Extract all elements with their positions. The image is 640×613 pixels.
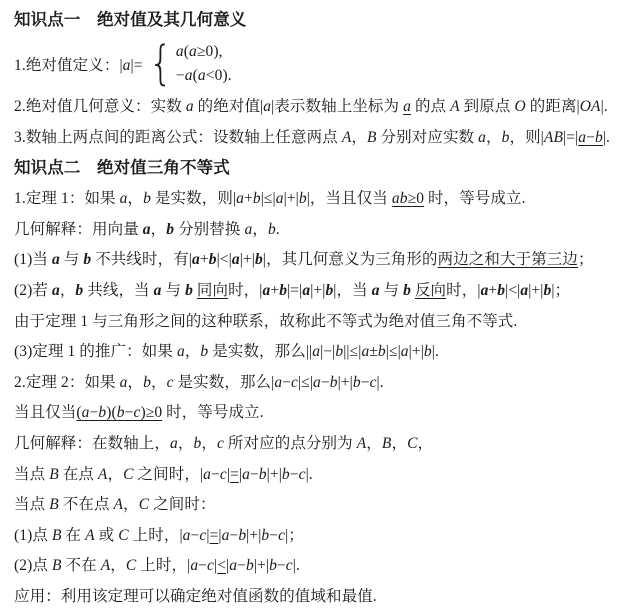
- doc-line-b-on-a-or-c: (1)点 B 在 A 或 C 上时，|a−c|=|a−b|+|b−c|；: [14, 521, 630, 552]
- text-segment: A: [98, 466, 108, 483]
- text-segment: ab: [392, 190, 408, 207]
- text-segment: −: [586, 129, 595, 146]
- text-segment: a: [82, 404, 90, 421]
- text-segment: a: [232, 251, 240, 268]
- text-segment: −: [282, 374, 291, 391]
- text-segment: |.: [377, 374, 384, 391]
- text-segment: 1.定理 1：如果: [14, 190, 120, 207]
- text-segment: |≤|: [298, 374, 313, 391]
- text-segment: −: [229, 527, 238, 544]
- text-segment: |，当: [333, 282, 371, 299]
- text-segment: B: [367, 129, 377, 146]
- text-segment: b: [353, 374, 361, 391]
- text-segment: 到原点: [460, 98, 515, 115]
- text-segment: |+|: [409, 343, 424, 360]
- text-segment: c: [291, 374, 298, 391]
- text-segment: 时，|: [446, 282, 480, 299]
- text-segment: |，其几何意义为三角形的: [263, 251, 438, 268]
- text-segment: ，: [418, 435, 434, 452]
- text-segment: .: [606, 129, 610, 146]
- text-segment: ||≤|: [343, 343, 361, 360]
- text-segment: −: [250, 466, 259, 483]
- text-segment: |.: [293, 557, 300, 574]
- text-segment: A: [114, 496, 124, 513]
- text-segment: |+|: [338, 374, 353, 391]
- text-segment: +: [270, 282, 279, 299]
- text-segment: b: [269, 557, 277, 574]
- text-segment: <: [217, 557, 226, 574]
- text-segment: 时，等号成立.: [424, 190, 526, 207]
- text-segment: |+|: [240, 251, 255, 268]
- doc-line-equality-condition: 当且仅当(a−b)(b−c)≥0 时，等号成立.: [14, 398, 630, 429]
- text-segment: a: [186, 98, 194, 115]
- text-segment: 不在: [62, 557, 101, 574]
- text-segment: 上时，|: [129, 527, 183, 544]
- text-segment: −: [277, 557, 286, 574]
- text-segment: |−|: [320, 343, 335, 360]
- text-segment: +: [488, 282, 497, 299]
- doc-line-case-noncollinear: (1)当 a 与 b 不共线时，有|a+b|<|a|+|b|，其几何意义为三角形…: [14, 245, 630, 276]
- text-segment: c: [207, 557, 214, 574]
- text-segment: b: [279, 282, 287, 299]
- text-segment: b: [166, 221, 174, 238]
- doc-line-triangle-inequality-name: 由于定理 1 与三角形之间的这种联系，故称此不等式为绝对值三角不等式.: [14, 307, 630, 338]
- text-segment: 时，等号成立.: [162, 404, 264, 421]
- text-segment: (1)点: [14, 527, 52, 544]
- text-segment: ，: [486, 129, 502, 146]
- text-segment: ，: [366, 435, 382, 452]
- text-segment: ；: [578, 251, 594, 268]
- text-segment: b: [595, 129, 603, 146]
- text-segment: b: [299, 190, 307, 207]
- text-segment: 由于定理 1 与三角形之间的这种联系，故称此不等式为绝对值三角不等式.: [14, 313, 517, 330]
- doc-line-geometric-explain-1: 几何解释：用向量 a，b 分别替换 a，b.: [14, 215, 630, 246]
- text-segment: AB: [544, 129, 563, 146]
- text-segment: a: [120, 190, 128, 207]
- text-segment: |+|: [254, 557, 269, 574]
- text-segment: 是实数，则|: [151, 190, 236, 207]
- text-segment: a: [192, 251, 200, 268]
- text-segment: a: [176, 43, 184, 60]
- text-segment: C: [139, 496, 149, 513]
- text-segment: |+|: [528, 282, 543, 299]
- text-segment: ，: [151, 374, 167, 391]
- text-segment: ，: [351, 129, 367, 146]
- text-segment: B: [52, 527, 62, 544]
- text-segment: <0).: [206, 67, 232, 84]
- text-segment: a: [52, 282, 60, 299]
- document-body: 知识点一 绝对值及其几何意义 1.绝对值定义：|a|={a(a≥0),−a(a<…: [0, 0, 640, 613]
- text-segment: ，: [178, 435, 194, 452]
- text-segment: −: [198, 557, 207, 574]
- text-segment: c: [286, 557, 293, 574]
- text-segment: |+|: [246, 527, 261, 544]
- text-segment: ，: [60, 282, 76, 299]
- text-segment: A: [101, 557, 111, 574]
- text-segment: 不在点: [59, 496, 114, 513]
- text-segment: a: [263, 98, 271, 115]
- text-segment: =: [230, 466, 239, 483]
- text-segment: 知识点一 绝对值及其几何意义: [14, 11, 246, 29]
- text-segment: 与: [162, 282, 186, 299]
- text-segment: 1.绝对值定义：: [14, 57, 119, 74]
- text-segment: A: [450, 98, 460, 115]
- text-segment: +: [244, 190, 253, 207]
- text-segment: 反向: [415, 282, 446, 299]
- text-segment: a: [403, 98, 411, 115]
- text-segment: −: [361, 374, 370, 391]
- text-segment: ，: [185, 343, 201, 360]
- text-segment: ，: [201, 435, 217, 452]
- text-segment: a: [189, 43, 197, 60]
- text-segment: 所对应的点分别为: [224, 435, 357, 452]
- text-segment: c: [217, 435, 224, 452]
- heading-knowledge-point-1: 知识点一 绝对值及其几何意义: [14, 5, 630, 36]
- text-segment: b: [117, 404, 125, 421]
- text-segment: −: [237, 557, 246, 574]
- text-segment: OA: [580, 98, 601, 115]
- doc-line-theorem-1: 1.定理 1：如果 a，b 是实数，则|a+b|≤|a|+|b|，当且仅当 ab…: [14, 184, 630, 215]
- text-segment: 之间时：: [149, 496, 215, 513]
- text-segment: |+|: [284, 190, 299, 207]
- text-segment: 两边之和大于第三边: [438, 251, 578, 268]
- text-segment: 是实数，那么||: [208, 343, 312, 360]
- text-segment: a: [198, 67, 206, 84]
- text-segment: ，: [252, 221, 268, 238]
- text-segment: b: [238, 527, 246, 544]
- text-segment: |表示数轴上坐标为: [271, 98, 403, 115]
- text-segment: b: [246, 557, 254, 574]
- text-segment: |<|: [217, 251, 232, 268]
- text-segment: −: [269, 527, 278, 544]
- text-segment: |.: [432, 343, 439, 360]
- text-segment: b: [259, 466, 267, 483]
- text-segment: ，: [123, 496, 139, 513]
- text-segment: 或: [95, 527, 119, 544]
- text-segment: ，: [391, 435, 407, 452]
- text-segment: |.: [306, 466, 313, 483]
- text-segment: ≥0: [408, 190, 424, 207]
- text-segment: a: [143, 221, 151, 238]
- text-segment: A: [357, 435, 367, 452]
- piecewise-brace: {: [148, 43, 172, 84]
- text-segment: 与: [380, 282, 404, 299]
- text-segment: ≥0),: [197, 43, 223, 60]
- doc-line-b-not-between: 当点 B 不在点 A，C 之间时：: [14, 490, 630, 521]
- doc-line-absolute-value-definition: 1.绝对值定义：|a|={a(a≥0),−a(a<0).: [14, 36, 630, 92]
- text-segment: c: [167, 374, 174, 391]
- text-segment: a: [313, 374, 321, 391]
- text-segment: b: [497, 282, 505, 299]
- text-segment: C: [126, 557, 136, 574]
- text-segment: |=: [563, 129, 575, 146]
- text-segment: a: [236, 190, 244, 207]
- text-segment: 的点: [411, 98, 450, 115]
- text-segment: A: [85, 527, 95, 544]
- text-segment: a: [190, 557, 198, 574]
- text-segment: 几何解释：在数轴上，: [14, 435, 170, 452]
- text-segment: ，: [108, 466, 124, 483]
- text-segment: |，当且仅当: [307, 190, 392, 207]
- text-segment: 2.定理 2：如果: [14, 374, 120, 391]
- text-segment: ，: [128, 374, 144, 391]
- doc-line-distance-formula: 3.数轴上两点间的距离公式：设数轴上任意两点 A，B 分别对应实数 a，b，则|…: [14, 123, 630, 154]
- text-segment: a: [203, 466, 211, 483]
- text-segment: 当点: [14, 466, 49, 483]
- text-segment: ，: [110, 557, 126, 574]
- text-segment: |+|: [267, 466, 282, 483]
- text-segment: 不共线时，有|: [91, 251, 192, 268]
- text-segment: 当且仅当: [14, 404, 76, 421]
- text-segment: .: [276, 221, 280, 238]
- text-segment: ，: [128, 190, 144, 207]
- text-segment: B: [52, 557, 62, 574]
- text-segment: c: [299, 466, 306, 483]
- text-segment: b: [378, 343, 386, 360]
- text-segment: 是实数，那么|: [174, 374, 275, 391]
- text-segment: a: [170, 435, 178, 452]
- doc-line-application: 应用：利用该定理可以确定绝对值函数的值域和最值.: [14, 582, 630, 613]
- text-segment: a: [120, 374, 128, 391]
- text-segment: (2)若: [14, 282, 52, 299]
- text-segment: )≥0: [140, 404, 162, 421]
- text-segment: |；: [551, 282, 570, 299]
- text-segment: 2.绝对值几何意义：实数: [14, 98, 186, 115]
- text-segment: (1)当: [14, 251, 52, 268]
- text-segment: 应用：利用该定理可以确定绝对值函数的值域和最值.: [14, 588, 377, 605]
- text-segment: b: [253, 190, 261, 207]
- text-segment: (2)点: [14, 557, 52, 574]
- text-segment: B: [49, 466, 59, 483]
- text-segment: B: [49, 496, 59, 513]
- text-segment: a: [185, 67, 193, 84]
- text-segment: 之间时，|: [134, 466, 204, 483]
- piecewise-prefix: 1.绝对值定义：|a|=: [14, 53, 143, 75]
- text-segment: ±: [369, 343, 378, 360]
- text-segment: 同向: [197, 282, 228, 299]
- text-segment: 在: [62, 527, 86, 544]
- text-segment: 共线，当: [83, 282, 153, 299]
- text-segment: 在点: [59, 466, 98, 483]
- text-segment: |≤|: [261, 190, 276, 207]
- text-segment: ，则|: [509, 129, 543, 146]
- doc-line-theorem-1-extension: (3)定理 1 的推广：如果 a，b 是实数，那么||a|−|b||≤|a±b|…: [14, 337, 630, 368]
- text-segment: b: [424, 343, 432, 360]
- text-segment: c: [370, 374, 377, 391]
- text-segment: C: [123, 466, 133, 483]
- text-segment: |；: [285, 527, 304, 544]
- text-segment: |+|: [310, 282, 325, 299]
- doc-line-case-collinear: (2)若 a，b 共线，当 a 与 b 同向时，|a+b|=|a|+|b|，当 …: [14, 276, 630, 307]
- text-segment: −: [321, 374, 330, 391]
- text-segment: a: [478, 129, 486, 146]
- text-segment: b: [209, 251, 217, 268]
- text-segment: c: [220, 466, 227, 483]
- text-segment: a: [372, 282, 380, 299]
- text-segment: a: [154, 282, 162, 299]
- text-segment: 3.数轴上两点间的距离公式：设数轴上任意两点: [14, 129, 342, 146]
- text-segment: b: [282, 466, 290, 483]
- text-segment: a: [177, 343, 185, 360]
- text-segment: b: [403, 282, 411, 299]
- text-segment: ，: [151, 221, 167, 238]
- piecewise-cases: a(a≥0),−a(a<0).: [176, 40, 232, 88]
- text-segment: 的绝对值|: [194, 98, 264, 115]
- piecewise-case-row: a(a≥0),: [176, 40, 232, 64]
- text-segment: a: [578, 129, 586, 146]
- text-segment: b: [143, 374, 151, 391]
- text-segment: 分别对应实数: [377, 129, 479, 146]
- text-segment: C: [407, 435, 417, 452]
- text-segment: a: [242, 466, 250, 483]
- text-segment: −: [176, 67, 185, 84]
- text-segment: b: [255, 251, 263, 268]
- doc-line-b-between: 当点 B 在点 A，C 之间时，|a−c|=|a−b|+|b−c|.: [14, 460, 630, 491]
- text-segment: b: [330, 374, 338, 391]
- text-segment: 分别替换: [174, 221, 244, 238]
- text-segment: |=|: [287, 282, 302, 299]
- text-segment: )(: [106, 404, 117, 421]
- doc-line-geometric-meaning: 2.绝对值几何意义：实数 a 的绝对值|a|表示数轴上坐标为 a 的点 A 到原…: [14, 92, 630, 123]
- text-segment: −: [290, 466, 299, 483]
- text-segment: a: [401, 343, 409, 360]
- text-segment: 与: [60, 251, 84, 268]
- text-segment: 当点: [14, 496, 49, 513]
- text-segment: 的距离|: [526, 98, 580, 115]
- text-segment: a: [183, 527, 191, 544]
- doc-line-b-not-on-a-c: (2)点 B 不在 A，C 上时，|a−c|<|a−b|+|b−c|.: [14, 551, 630, 582]
- text-segment: a: [276, 190, 284, 207]
- text-segment: a: [52, 251, 60, 268]
- text-segment: a: [229, 557, 237, 574]
- text-segment: b: [143, 190, 151, 207]
- text-segment: +: [200, 251, 209, 268]
- text-segment: −: [211, 466, 220, 483]
- text-segment: 时，|: [228, 282, 262, 299]
- text-segment: |=: [131, 57, 143, 74]
- text-segment: a: [123, 57, 131, 74]
- doc-line-theorem-2: 2.定理 2：如果 a，b，c 是实数，那么|a−c|≤|a−b|+|b−c|.: [14, 368, 630, 399]
- text-segment: b: [185, 282, 193, 299]
- text-segment: 知识点二 绝对值三角不等式: [14, 159, 230, 177]
- text-segment: C: [118, 527, 128, 544]
- text-segment: |<|: [505, 282, 520, 299]
- text-segment: 几何解释：用向量: [14, 221, 143, 238]
- text-segment: a: [302, 282, 310, 299]
- text-segment: A: [342, 129, 352, 146]
- piecewise-case-row: −a(a<0).: [176, 64, 232, 88]
- doc-line-geometric-explain-2: 几何解释：在数轴上，a，b，c 所对应的点分别为 A，B，C，: [14, 429, 630, 460]
- text-segment: 上时，|: [136, 557, 190, 574]
- text-segment: |≤|: [386, 343, 401, 360]
- text-segment: a: [312, 343, 320, 360]
- text-segment: |.: [601, 98, 608, 115]
- heading-knowledge-point-2: 知识点二 绝对值三角不等式: [14, 153, 630, 184]
- text-segment: O: [514, 98, 525, 115]
- text-segment: (3)定理 1 的推广：如果: [14, 343, 177, 360]
- text-segment: b: [268, 221, 276, 238]
